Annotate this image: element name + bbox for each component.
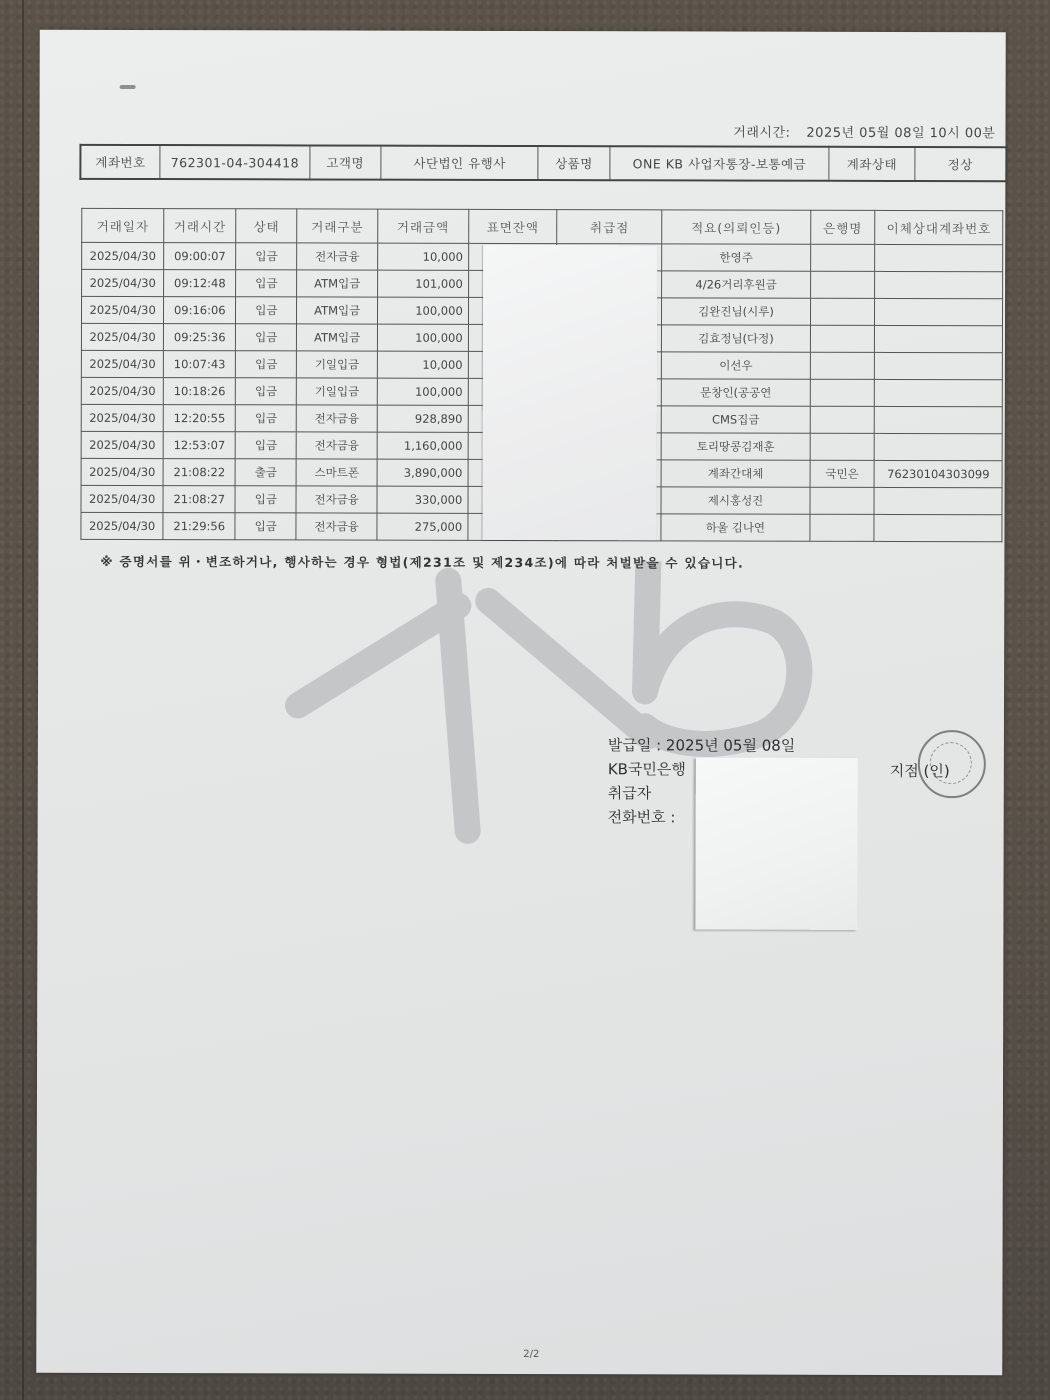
- column-header: 은행명: [810, 210, 875, 244]
- cell-bank: [810, 352, 875, 379]
- cell-bank: [810, 487, 875, 514]
- cell-date: 2025/04/30: [81, 350, 163, 377]
- cell-date: 2025/04/30: [81, 485, 163, 512]
- cell-bank: [810, 298, 875, 325]
- seat-seam: [22, 0, 24, 1400]
- account-summary-table: 계좌번호 762301-04-304418 고객명 사단법인 유행사 상품명 O…: [79, 144, 1007, 182]
- column-header: 표면잔액: [468, 209, 557, 243]
- account-number-label: 계좌번호: [80, 145, 160, 179]
- cell-memo: 이선우: [662, 352, 810, 379]
- cell-counterpart-account: [875, 298, 1003, 325]
- cell-counterpart-account: [875, 244, 1003, 271]
- cell-memo: CMS집금: [662, 406, 810, 433]
- cell-status: 출금: [235, 459, 296, 486]
- issue-date: 발급일 : 2025년 05월 08일: [608, 733, 795, 757]
- cell-date: 2025/04/30: [82, 242, 164, 269]
- cell-counterpart-account: [874, 487, 1002, 514]
- cell-date: 2025/04/30: [81, 512, 163, 539]
- cell-counterpart-account: [875, 406, 1003, 433]
- cell-time: 12:53:07: [163, 432, 235, 459]
- cell-type: 기일입금: [297, 378, 378, 405]
- cell-status: 입금: [236, 324, 297, 351]
- cell-status: 입금: [236, 270, 297, 297]
- column-header: 거래시간: [164, 209, 236, 243]
- cell-counterpart-account: [874, 514, 1002, 541]
- transaction-time: 거래시간:2025년 05월 08일 10시 00분: [717, 122, 995, 142]
- cell-date: 2025/04/30: [81, 296, 163, 323]
- cell-bank: [810, 379, 875, 406]
- cell-status: 입금: [235, 405, 296, 432]
- redaction-paper-branch: [695, 757, 857, 929]
- cell-time: 21:08:22: [163, 459, 235, 486]
- cell-memo: 하울 김나연: [661, 514, 809, 541]
- cell-date: 2025/04/30: [81, 458, 163, 485]
- cell-type: 기일입금: [297, 351, 378, 378]
- cell-type: ATM입금: [297, 297, 378, 324]
- cell-amount: 275,000: [377, 513, 468, 540]
- cell-amount: 1,160,000: [377, 432, 468, 459]
- cell-amount: 10,000: [378, 243, 469, 270]
- cell-time: 09:12:48: [164, 270, 236, 297]
- cell-status: 입금: [235, 513, 296, 540]
- cell-amount: 100,000: [377, 324, 468, 351]
- cell-date: 2025/04/30: [81, 404, 163, 431]
- ink-smudge: [120, 85, 136, 89]
- cell-memo: 문창인(공공연: [662, 379, 810, 406]
- page-number: 2/2: [523, 1349, 539, 1360]
- cell-memo: 한영주: [662, 244, 810, 271]
- cell-bank: [810, 406, 875, 433]
- legal-notice: ※ 증명서를 위・변조하거나, 행사하는 경우 형법(제231조 및 제234조…: [100, 552, 744, 572]
- customer-name-label: 고객명: [310, 145, 381, 179]
- cell-status: 입금: [235, 486, 296, 513]
- redaction-paper-balance: [482, 245, 657, 540]
- cell-bank: [810, 433, 875, 460]
- cell-type: ATM입금: [297, 270, 378, 297]
- product-name: ONE KB 사업자통장-보통예금: [610, 146, 830, 181]
- cell-memo: 김효정님(다정): [662, 325, 810, 352]
- cell-memo: 김완진님(시루): [662, 298, 810, 325]
- cell-bank: 국민은: [810, 460, 875, 487]
- cell-bank: [810, 244, 875, 271]
- cell-status: 입금: [235, 432, 296, 459]
- cell-status: 입금: [236, 351, 297, 378]
- cell-date: 2025/04/30: [81, 323, 163, 350]
- cell-type: 전자금융: [296, 486, 377, 513]
- cell-bank: [809, 514, 874, 541]
- table-header-row: 거래일자거래시간상태거래구분거래금액표면잔액취급점적요(의뢰인등)은행명이체상대…: [82, 208, 1003, 244]
- cell-time: 12:20:55: [164, 405, 236, 432]
- cell-memo: 제시홍성진: [661, 487, 809, 514]
- cell-time: 09:00:07: [164, 243, 236, 270]
- cell-memo: 계좌간대체: [661, 460, 809, 487]
- cell-status: 입금: [236, 297, 297, 324]
- cell-time: 10:07:43: [164, 351, 236, 378]
- cell-date: 2025/04/30: [81, 377, 163, 404]
- cell-status: 입금: [235, 378, 296, 405]
- cell-amount: 101,000: [377, 270, 468, 297]
- cell-memo: 토리땅콩김재훈: [662, 433, 810, 460]
- cell-amount: 100,000: [377, 297, 468, 324]
- column-header: 취급점: [557, 210, 662, 244]
- cell-type: 전자금융: [297, 243, 378, 270]
- cell-amount: 10,000: [377, 351, 468, 378]
- cell-amount: 928,890: [377, 405, 468, 432]
- transaction-time-value: 2025년 05월 08일 10시 00분: [806, 126, 995, 141]
- cell-time: 21:08:27: [163, 486, 235, 513]
- cell-counterpart-account: 76230104303099: [875, 460, 1003, 487]
- cell-type: 전자금융: [297, 432, 378, 459]
- column-header: 거래금액: [378, 209, 469, 243]
- cell-time: 09:16:06: [164, 297, 236, 324]
- account-status-label: 계좌상태: [829, 147, 914, 181]
- column-header: 거래일자: [82, 208, 164, 242]
- customer-name: 사단법인 유행사: [381, 146, 539, 180]
- cell-bank: [810, 325, 875, 352]
- cell-date: 2025/04/30: [82, 269, 164, 296]
- cell-status: 입금: [236, 243, 297, 270]
- cell-date: 2025/04/30: [81, 431, 163, 458]
- column-header: 거래구분: [297, 209, 378, 243]
- cell-counterpart-account: [875, 379, 1003, 406]
- cell-time: 09:25:36: [164, 324, 236, 351]
- cell-counterpart-account: [875, 433, 1003, 460]
- cell-amount: 100,000: [377, 378, 468, 405]
- cell-bank: [810, 271, 875, 298]
- cell-type: 전자금융: [297, 405, 378, 432]
- bank-seal-stamp: [918, 730, 986, 798]
- cell-type: 전자금융: [296, 513, 377, 540]
- cell-time: 21:29:56: [163, 513, 235, 540]
- cell-type: 스마트폰: [297, 459, 378, 486]
- transaction-time-label: 거래시간:: [733, 126, 790, 141]
- cell-type: ATM입금: [297, 324, 378, 351]
- cell-amount: 3,890,000: [377, 459, 468, 486]
- column-header: 상태: [236, 209, 297, 243]
- cell-memo: 4/26거리후원금: [662, 271, 810, 298]
- account-number: 762301-04-304418: [160, 145, 310, 179]
- cell-counterpart-account: [875, 352, 1003, 379]
- cell-time: 10:18:26: [164, 378, 236, 405]
- account-status: 정상: [914, 147, 1006, 181]
- cell-counterpart-account: [875, 325, 1003, 352]
- cell-counterpart-account: [875, 271, 1003, 298]
- cell-amount: 330,000: [377, 486, 468, 513]
- column-header: 이체상대계좌번호: [875, 210, 1003, 244]
- column-header: 적요(의뢰인등): [662, 210, 810, 244]
- statement-paper: 거래시간:2025년 05월 08일 10시 00분 계좌번호 762301-0…: [36, 30, 1006, 1376]
- product-name-label: 상품명: [538, 146, 609, 180]
